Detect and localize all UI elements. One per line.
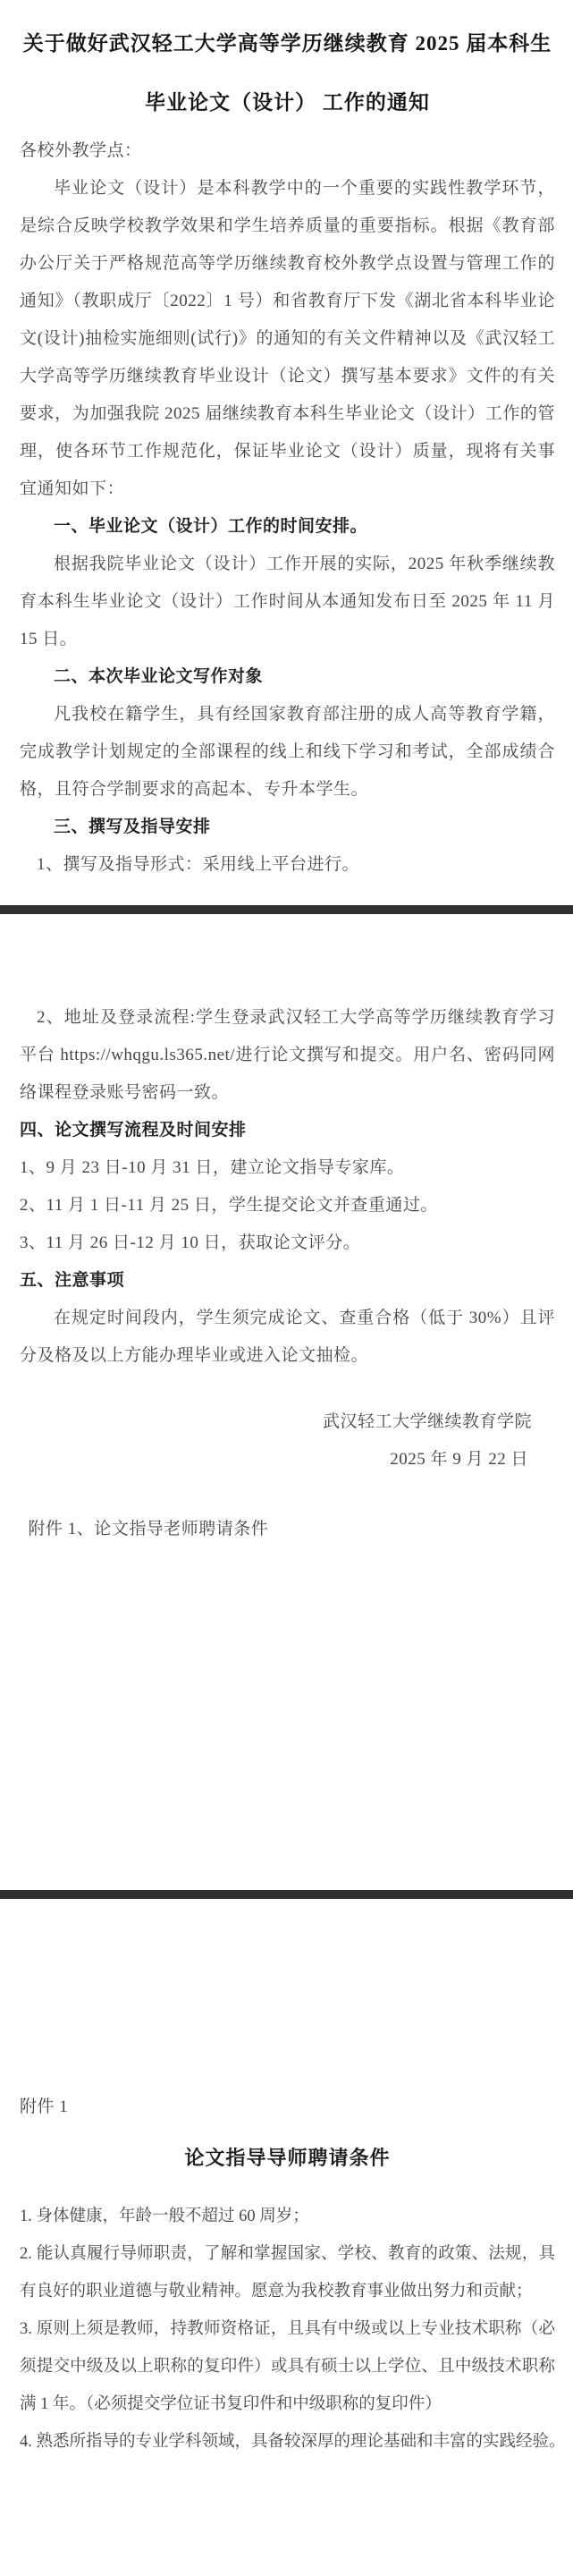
notice-title-line-2: 毕业论文（设计） 工作的通知 (20, 73, 555, 132)
page-1: 关于做好武汉轻工大学高等学历继续教育 2025 届本科生 毕业论文（设计） 工作… (0, 0, 573, 905)
section-heading-3: 三、撰写及指导安排 (20, 809, 555, 846)
intro-paragraph: 毕业论文（设计）是本科教学中的一个重要的实践性教学环节，是综合反映学校教学效果和… (20, 170, 555, 508)
condition-item-3: 3. 原则上须是教师，持教师资格证，且具有中级或以上专业技术职称（必须提交中级及… (20, 2310, 555, 2423)
section-heading-1: 一、毕业论文（设计）工作的时间安排。 (20, 508, 555, 546)
signature-org: 武汉轻工大学继续教育学院 (20, 1403, 555, 1441)
page-separator-1 (0, 905, 573, 914)
notice-paragraph: 在规定时间段内，学生须完成论文、查重合格（低于 30%）且评分及格及以上方能办理… (20, 1300, 555, 1375)
schedule-item-2: 2、11 月 1 日-11 月 25 日，学生提交论文并查重通过。 (20, 1187, 555, 1224)
section-heading-4: 四、论文撰写流程及时间安排 (20, 1112, 555, 1149)
notice-title-line-1: 关于做好武汉轻工大学高等学历继续教育 2025 届本科生 (20, 14, 555, 73)
section-heading-5: 五、注意事项 (20, 1262, 555, 1300)
condition-item-2: 2. 能认真履行导师职责，了解和掌握国家、学校、教育的政策、法规，具有良好的职业… (20, 2235, 555, 2310)
schedule-item-3: 3、11 月 26 日-12 月 10 日，获取论文评分。 (20, 1224, 555, 1262)
login-procedure-paragraph: 2、地址及登录流程:学生登录武汉轻工大学高等学历继续教育学习平台 https:/… (20, 999, 555, 1112)
attachment-reference: 附件 1、论文指导老师聘请条件 (20, 1511, 555, 1548)
signature-date: 2025 年 9 月 22 日 (20, 1441, 555, 1479)
document-viewer: { "colors": { "page_background": "#fffff… (0, 0, 573, 2576)
page-2: 2、地址及登录流程:学生登录武汉轻工大学高等学历继续教育学习平台 https:/… (0, 914, 573, 1890)
guidance-form-item: 1、撰写及指导形式：采用线上平台进行。 (20, 846, 555, 884)
page-separator-2 (0, 1890, 573, 1899)
attachment-label: 附件 1 (20, 2089, 555, 2126)
condition-item-1: 1. 身体健康，年龄一般不超过 60 周岁； (20, 2198, 555, 2235)
condition-item-4: 4. 熟悉所指导的专业学科领域，具备较深厚的理论基础和丰富的实践经验。 (20, 2423, 555, 2461)
page-3: 附件 1 论文指导导师聘请条件 1. 身体健康，年龄一般不超过 60 周岁； 2… (0, 1899, 573, 2576)
target-students-paragraph: 凡我校在籍学生，具有经国家教育部注册的成人高等教育学籍，完成教学计划规定的全部课… (20, 696, 555, 809)
schedule-item-1: 1、9 月 23 日-10 月 31 日，建立论文指导专家库。 (20, 1149, 555, 1187)
attachment-title: 论文指导导师聘请条件 (20, 2133, 555, 2183)
salutation: 各校外教学点： (20, 132, 555, 170)
time-arrangement-paragraph: 根据我院毕业论文（设计）工作开展的实际，2025 年秋季继续教育本科生毕业论文（… (20, 546, 555, 658)
section-heading-2: 二、本次毕业论文写作对象 (20, 658, 555, 696)
